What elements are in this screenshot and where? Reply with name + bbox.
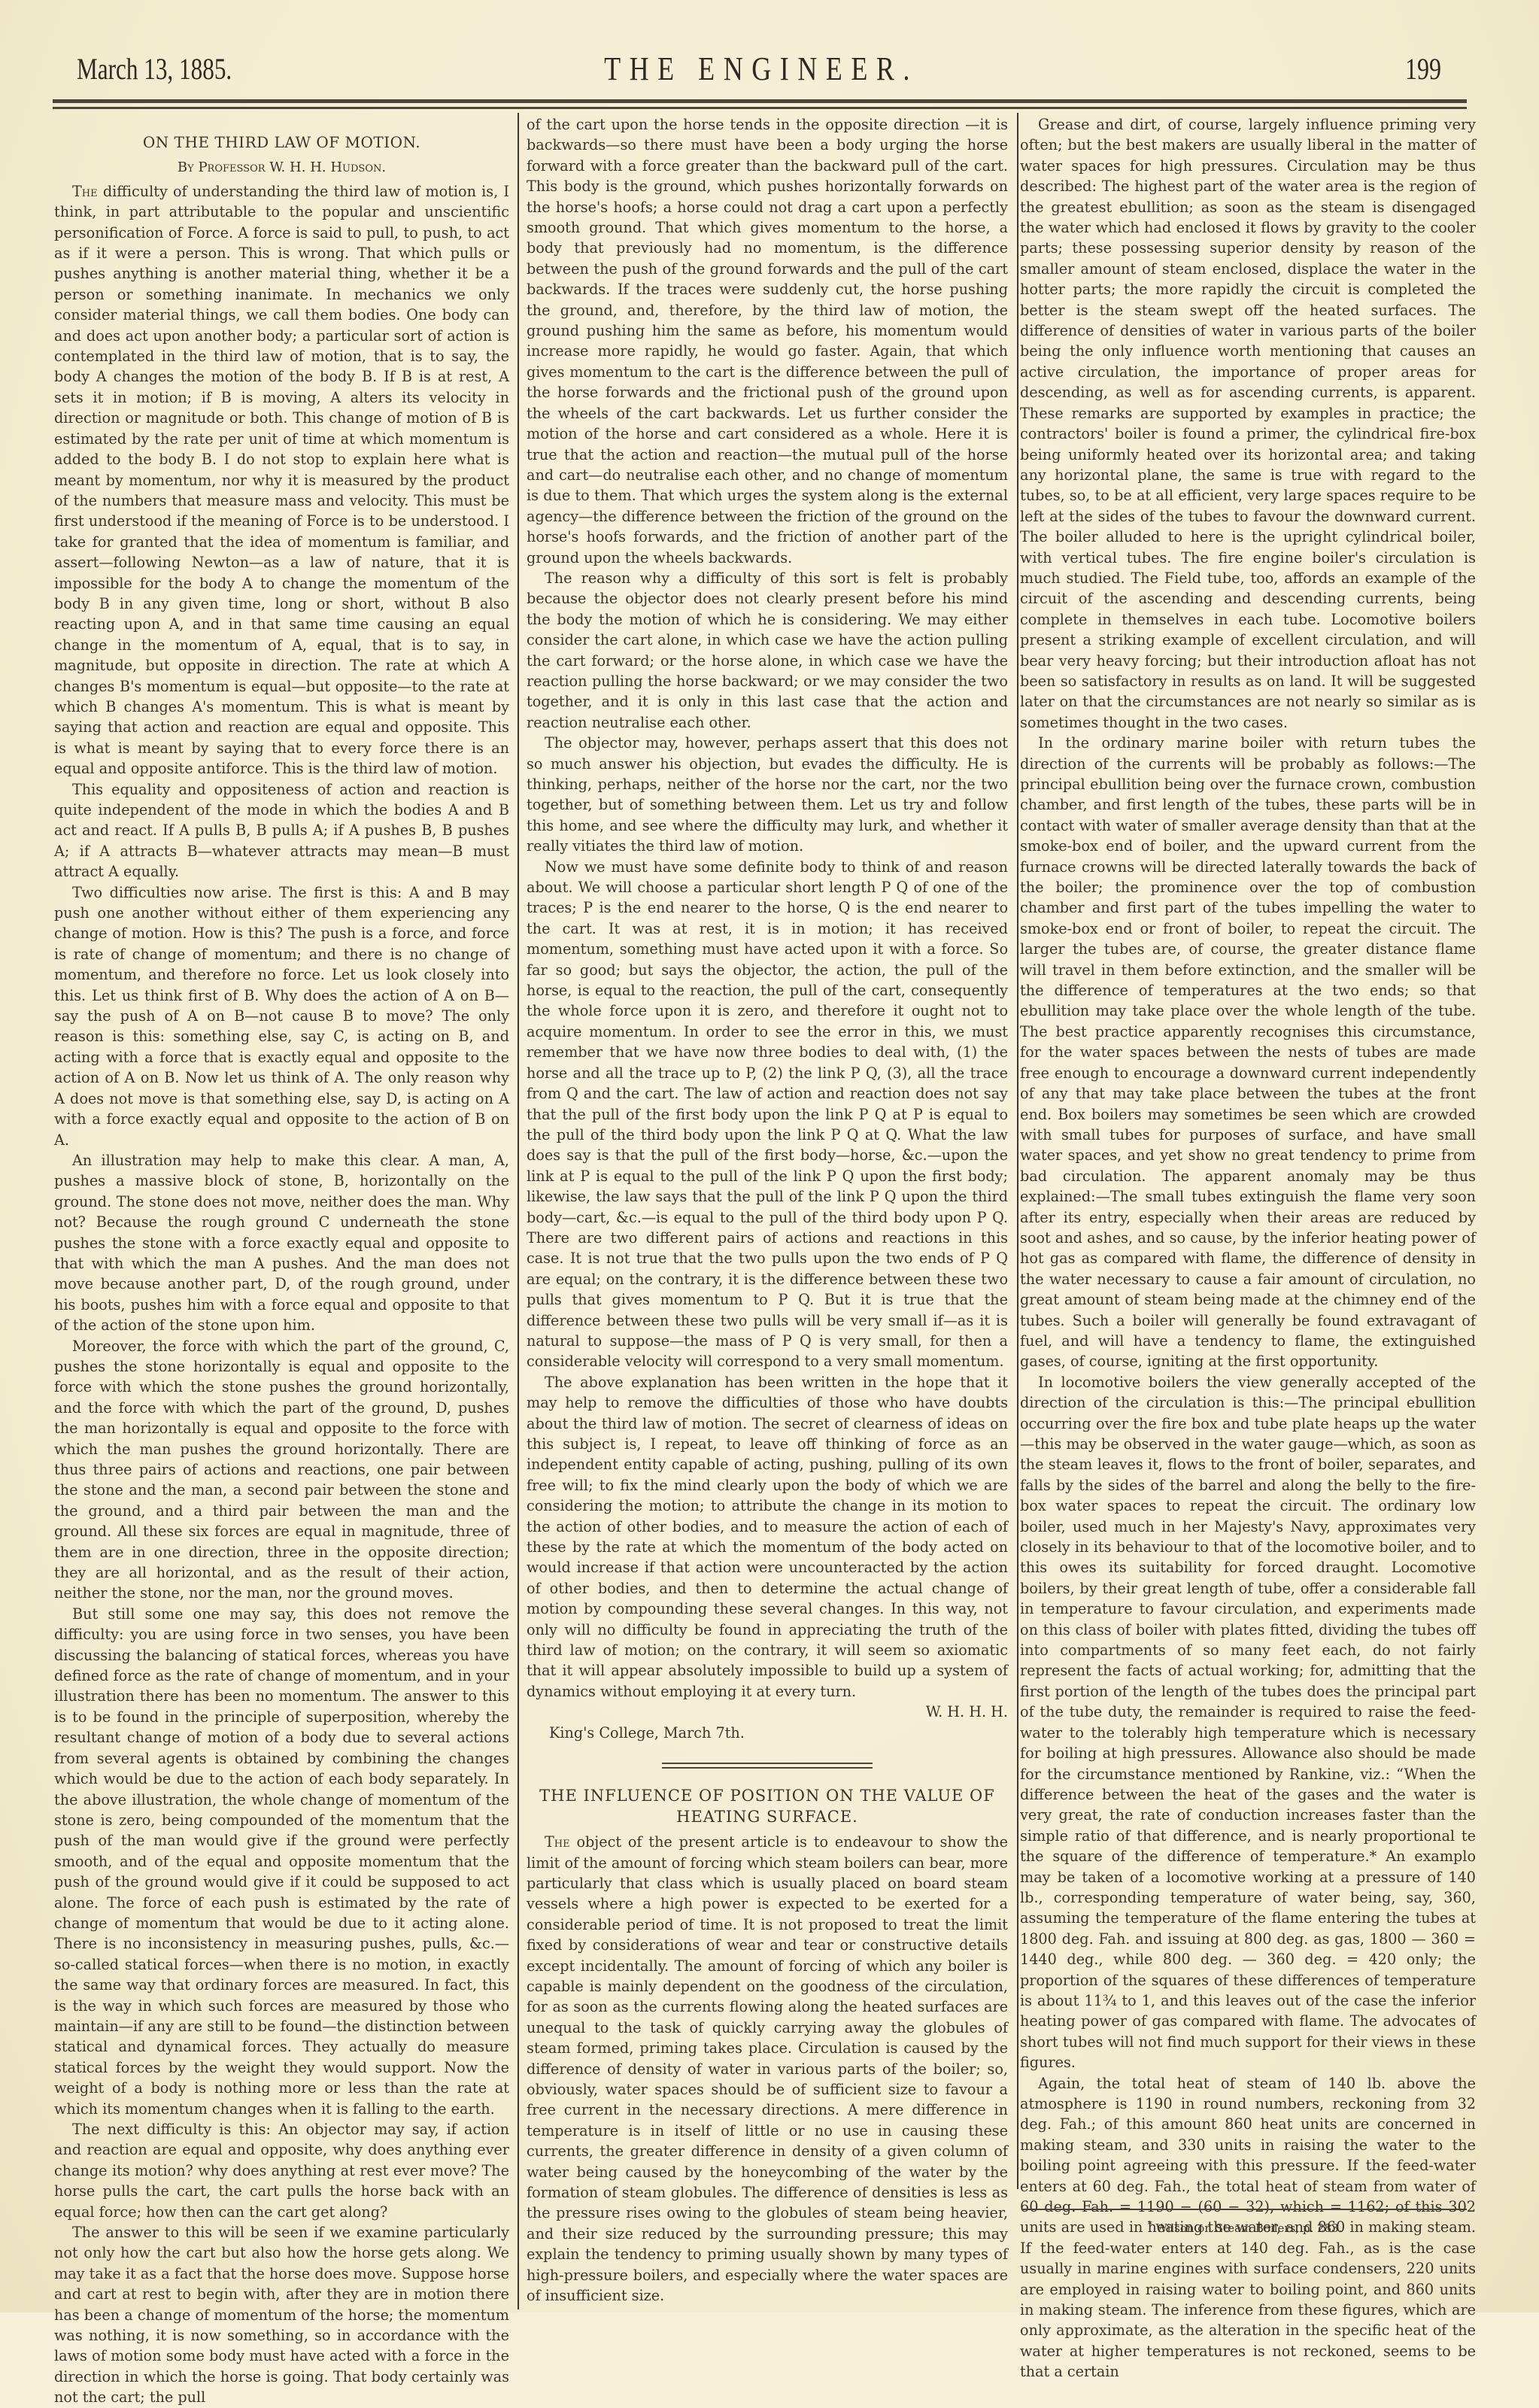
article-paragraph: Now we must have some definite body to t… <box>527 857 1008 1372</box>
article-title-heating-surface: THE INFLUENCE OF POSITION ON THE VALUE O… <box>527 1785 1008 1827</box>
article-paragraph: Moreover, the force with which the part … <box>54 1336 509 1604</box>
article-paragraph: Again, the total heat of steam of 140 lb… <box>1020 2073 1476 2312</box>
footnote-text: Wilson on Steam Boilers, p. 283. <box>1155 2221 1342 2235</box>
article-paragraph: of the cart upon the horse tends in the … <box>527 114 1008 568</box>
masthead: March 13, 1885. THE ENGINEER. 199 <box>51 45 1471 83</box>
lead-word: The <box>545 1833 570 1851</box>
masthead-rule-upper <box>53 99 1467 103</box>
newspaper-page: March 13, 1885. THE ENGINEER. 199 ON THE… <box>0 0 1539 2312</box>
lead-word: The <box>72 183 98 200</box>
page-number: 199 <box>1405 51 1441 87</box>
article-paragraph: The above explanation has been written i… <box>527 1372 1008 1702</box>
article-paragraph: The next difficulty is this: An objector… <box>54 2119 509 2222</box>
article-paragraph: In locomotive boilers the view generally… <box>1020 1372 1476 2073</box>
column-2: of the cart upon the horse tends in the … <box>527 114 1008 2306</box>
article-paragraph: The answer to this will be seen if we ex… <box>54 2222 509 2312</box>
article-paragraph: This equality and oppositeness of action… <box>54 779 509 882</box>
author-signature: W. H. H. H. <box>926 1702 1008 1722</box>
article-dateline: King's College, March 7th. <box>527 1723 1008 1743</box>
footnote-mark: * <box>1148 2219 1152 2230</box>
masthead-rule-lower <box>53 107 1467 109</box>
article-paragraph: Grease and dirt, of course, largely infl… <box>1020 114 1476 733</box>
column-divider-1 <box>518 113 519 2309</box>
article-paragraph: In the ordinary marine boiler with retur… <box>1020 733 1476 1372</box>
article-paragraph: Two difficulties now arise. The first is… <box>54 882 509 1150</box>
article-paragraph: The reason why a difficulty of this sort… <box>527 568 1008 733</box>
footnote-rule <box>1023 2209 1467 2210</box>
column-3: Grease and dirt, of course, largely infl… <box>1020 114 1476 2312</box>
signature-line: W. H. H. H. <box>527 1702 1008 1722</box>
column-divider-2 <box>1017 113 1018 2189</box>
footnote: * Wilson on Steam Boilers, p. 283. <box>1023 2219 1467 2235</box>
publication-title: THE ENGINEER. <box>179 50 1343 88</box>
article-byline: By Professor W. H. H. Hudson. <box>54 157 509 178</box>
article-paragraph: An illustration may help to make this cl… <box>54 1150 509 1336</box>
article-paragraph: The object of the present article is to … <box>527 1832 1008 2306</box>
article-separator <box>662 1763 873 1769</box>
article-paragraph: The objector may, however, perhaps asser… <box>527 733 1008 856</box>
article-paragraph: But still some one may say, this does no… <box>54 1604 509 2119</box>
article-title-third-law: ON THE THIRD LAW OF MOTION. <box>54 132 509 153</box>
column-1: ON THE THIRD LAW OF MOTION. By Professor… <box>54 114 509 2312</box>
article-paragraph: The difficulty of understanding the thir… <box>54 181 509 779</box>
